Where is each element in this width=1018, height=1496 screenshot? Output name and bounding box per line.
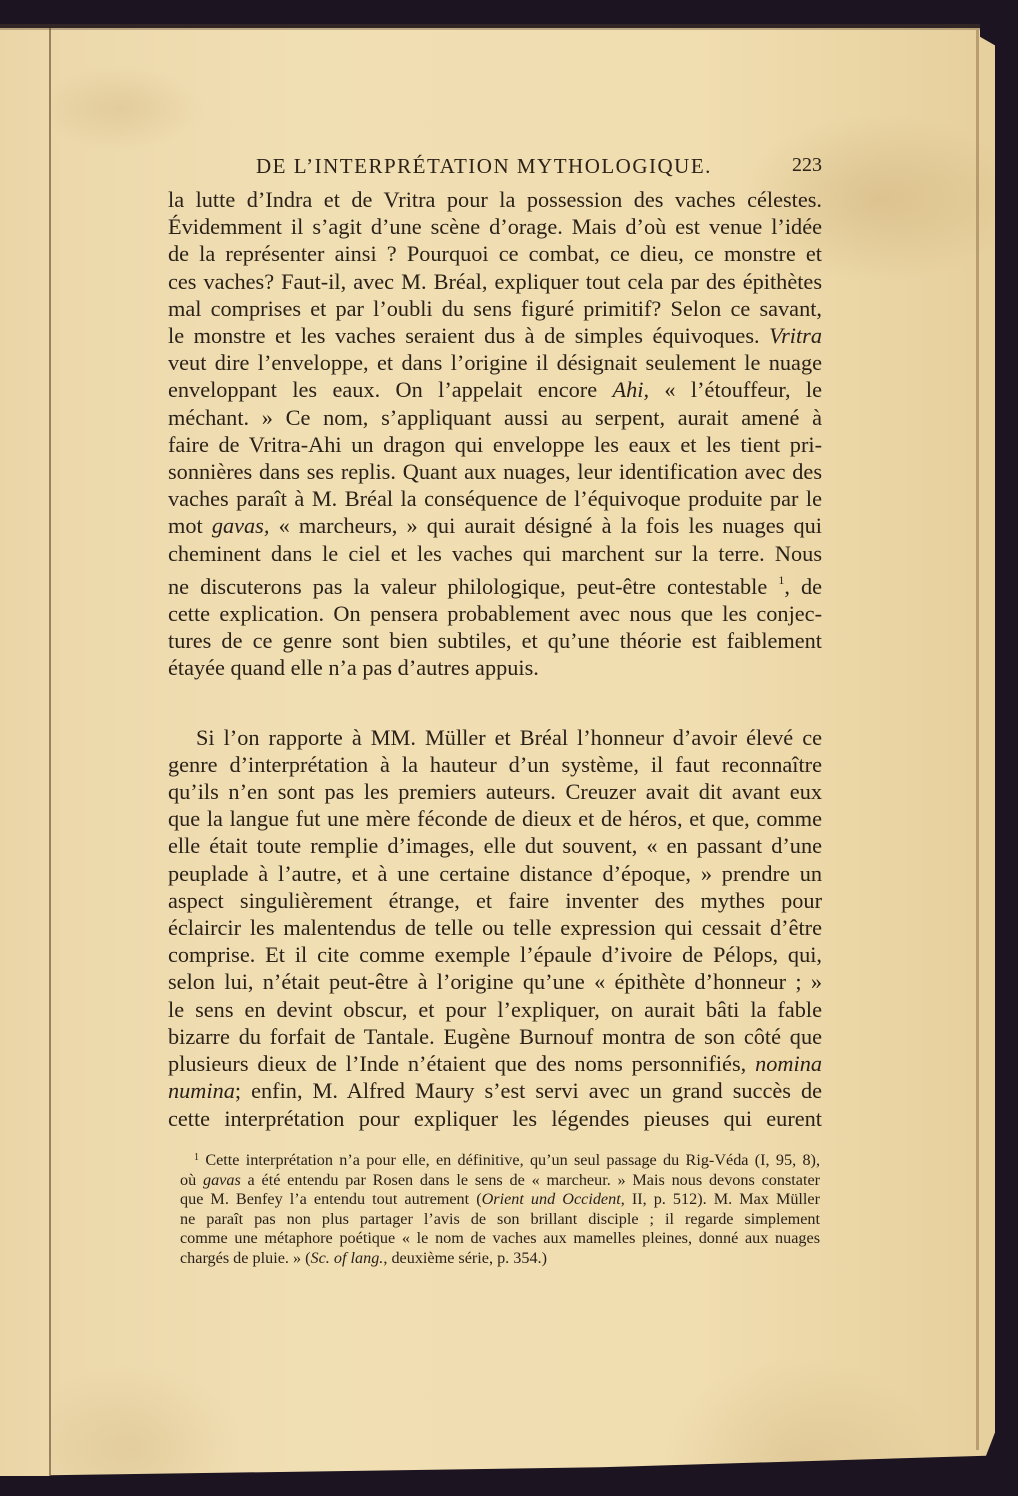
text-span: ne discuterons pas la valeur philologiqu… (168, 574, 767, 599)
text-span: , II, p. 512). M. Max Müller (621, 1190, 820, 1208)
text-line: le sens en devint obscur, et pour l’expl… (168, 996, 822, 1023)
running-head: DE L’INTERPRÉTATION MYTHOLOGIQUE. 223 (168, 154, 822, 184)
italic-term: Ahi, (612, 377, 649, 402)
text-span: , de (784, 574, 822, 599)
text-span: plusieurs dieux de l’Inde n’étaient que … (168, 1051, 746, 1076)
text-line: le monstre et les vaches seraient dus à … (168, 322, 822, 349)
text-line: qu’ils n’en sont pas les premiers auteur… (168, 778, 822, 805)
paragraph-gap (168, 682, 822, 724)
italic-term: Vritra (769, 323, 822, 348)
text-span: « l’étouffeur, le (649, 377, 822, 402)
text-line: genre d’interprétation à la hauteur d’un… (168, 751, 822, 778)
text-line: que la langue fut une mère féconde de di… (168, 805, 822, 832)
running-title: DE L’INTERPRÉTATION MYTHOLOGIQUE. (256, 154, 712, 179)
text-span: , deuxième série, p. 354.) (383, 1249, 547, 1267)
left-page-edge (0, 28, 50, 1476)
gutter-line (49, 28, 51, 1476)
footnote-line: que M. Benfey l’a entendu tout autrement… (180, 1190, 820, 1210)
text-line: elle était toute remplie d’images, elle … (168, 832, 822, 859)
italic-term: nomina (755, 1051, 822, 1076)
text-line: éclaircir les malentendus de telle ou te… (168, 914, 822, 941)
text-line: de la représenter ainsi ? Pourquoi ce co… (168, 240, 822, 267)
text-line: méchant. » Ce nom, s’appliquant aussi au… (168, 404, 822, 431)
text-line: vaches paraît à M. Bréal la conséquence … (168, 485, 822, 512)
text-line: comprise. Et il cite comme exemple l’épa… (168, 941, 822, 968)
page-top-edge (0, 24, 980, 30)
text-span: chargés de pluie. » ( (180, 1249, 311, 1267)
text-span: ; enfin, M. Alfred Maury s’est servi ave… (235, 1078, 822, 1103)
text-line: tures de ce genre sont bien subtiles, et… (168, 627, 822, 654)
text-line: selon lui, n’était peut-être à l’origine… (168, 968, 822, 995)
footnote-marker: 1 (194, 1152, 199, 1163)
footnote-line: 1 Cette interprétation n’a pour elle, en… (180, 1148, 820, 1171)
italic-term: gavas (203, 1171, 241, 1189)
text-span: enveloppant les eaux. On l’appelait enco… (168, 377, 597, 402)
text-line: plusieurs dieux de l’Inde n’étaient que … (168, 1050, 822, 1077)
text-span: le monstre et les vaches seraient dus à … (168, 323, 760, 348)
text-line: cheminent dans le ciel et les vaches qui… (168, 540, 822, 567)
text-span: « marcheurs, » qui aurait désigné à la f… (269, 513, 822, 538)
text-line: mot gavas, « marcheurs, » qui aurait dés… (168, 512, 822, 539)
footnote-line: ne paraît pas non plus partager l’avis d… (180, 1210, 820, 1230)
text-span: Cette interprétation n’a pour elle, en d… (205, 1151, 820, 1169)
text-line: faire de Vritra-Ahi un dragon qui envelo… (168, 431, 822, 458)
text-line: veut dire l’enveloppe, et dans l’origine… (168, 349, 822, 376)
text-line: numina; enfin, M. Alfred Maury s’est ser… (168, 1077, 822, 1104)
text-line: cette explication. On pensera probableme… (168, 600, 822, 627)
text-span: a été entendu par Rosen dans le sens de … (248, 1171, 820, 1189)
text-line: cette interprétation pour expliquer les … (168, 1105, 822, 1132)
footnote-line: comme une métaphore poétique « le nom de… (180, 1229, 820, 1249)
footnote-line: où gavas a été entendu par Rosen dans le… (180, 1171, 820, 1191)
page-number: 223 (792, 154, 822, 177)
text-line: étayée quand elle n’a pas d’autres appui… (168, 654, 822, 681)
text-span: mot (168, 513, 203, 538)
footnote: 1 Cette interprétation n’a pour elle, en… (180, 1148, 820, 1269)
text-span: où (180, 1171, 196, 1189)
body-text: la lutte d’Indra et de Vritra pour la po… (168, 186, 822, 1132)
footnote-line: chargés de pluie. » (Sc. of lang., deuxi… (180, 1249, 820, 1269)
text-line: ces vaches? Faut-il, avec M. Bréal, expl… (168, 268, 822, 295)
text-line: la lutte d’Indra et de Vritra pour la po… (168, 186, 822, 213)
italic-term: gavas, (212, 513, 270, 538)
paragraph-2: Si l’on rapporte à MM. Müller et Bréal l… (168, 724, 822, 1132)
text-span: que M. Benfey l’a entendu tout autrement… (180, 1190, 482, 1208)
text-line: enveloppant les eaux. On l’appelait enco… (168, 376, 822, 403)
page-right-edge (976, 30, 979, 1450)
text-line: ne discuterons pas la valeur philologiqu… (168, 567, 822, 600)
text-line: aspect singulièrement étrange, et faire … (168, 887, 822, 914)
text-line: Si l’on rapporte à MM. Müller et Bréal l… (168, 724, 822, 751)
text-line: bizarre du forfait de Tantale. Eugène Bu… (168, 1023, 822, 1050)
paragraph-1: la lutte d’Indra et de Vritra pour la po… (168, 186, 822, 682)
text-line: Évidemment il s’agit d’une scène d’orage… (168, 213, 822, 240)
text-line: sonnières dans ses replis. Quant aux nua… (168, 458, 822, 485)
text-line: mal comprises et par l’oubli du sens fig… (168, 295, 822, 322)
italic-term: numina (168, 1078, 235, 1103)
italic-term: Sc. of lang. (311, 1249, 384, 1267)
italic-term: Orient und Occident (482, 1190, 621, 1208)
text-line: peuplade à l’autre, et à une certaine di… (168, 860, 822, 887)
